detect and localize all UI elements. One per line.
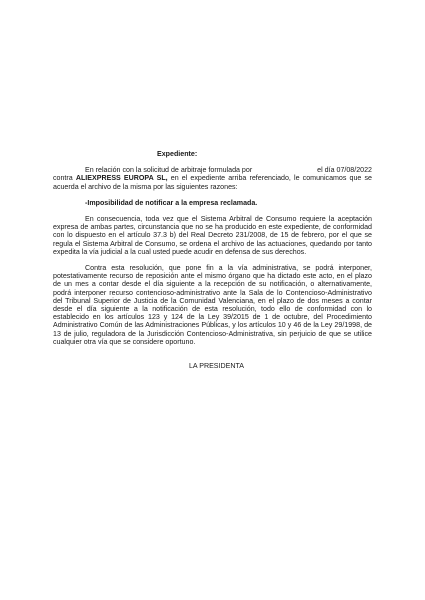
intro-pre-company: contra [53,174,76,182]
intro-paragraph: En relación con la solicitud de arbitraj… [53,166,372,191]
document-body: Expediente: En relación con la solicitud… [53,150,372,378]
intro-first-line: En relación con la solicitud de arbitraj… [53,166,372,174]
consequence-paragraph: En consecuencia, toda vez que el Sistema… [53,215,372,256]
intro-line1-left: En relación con la solicitud de arbitraj… [53,166,252,174]
intro-date: el día 07/08/2022 [317,166,372,174]
archive-reason: -Imposibilidad de notificar a la empresa… [53,199,372,207]
company-name: ALIEXPRESS EUROPA SL, [76,174,168,182]
document-page: Expediente: En relación con la solicitud… [0,0,425,600]
case-heading: Expediente: [53,150,372,158]
appeal-paragraph: Contra esta resolución, que pone fin a l… [53,264,372,346]
signature: LA PRESIDENTA [53,362,372,370]
